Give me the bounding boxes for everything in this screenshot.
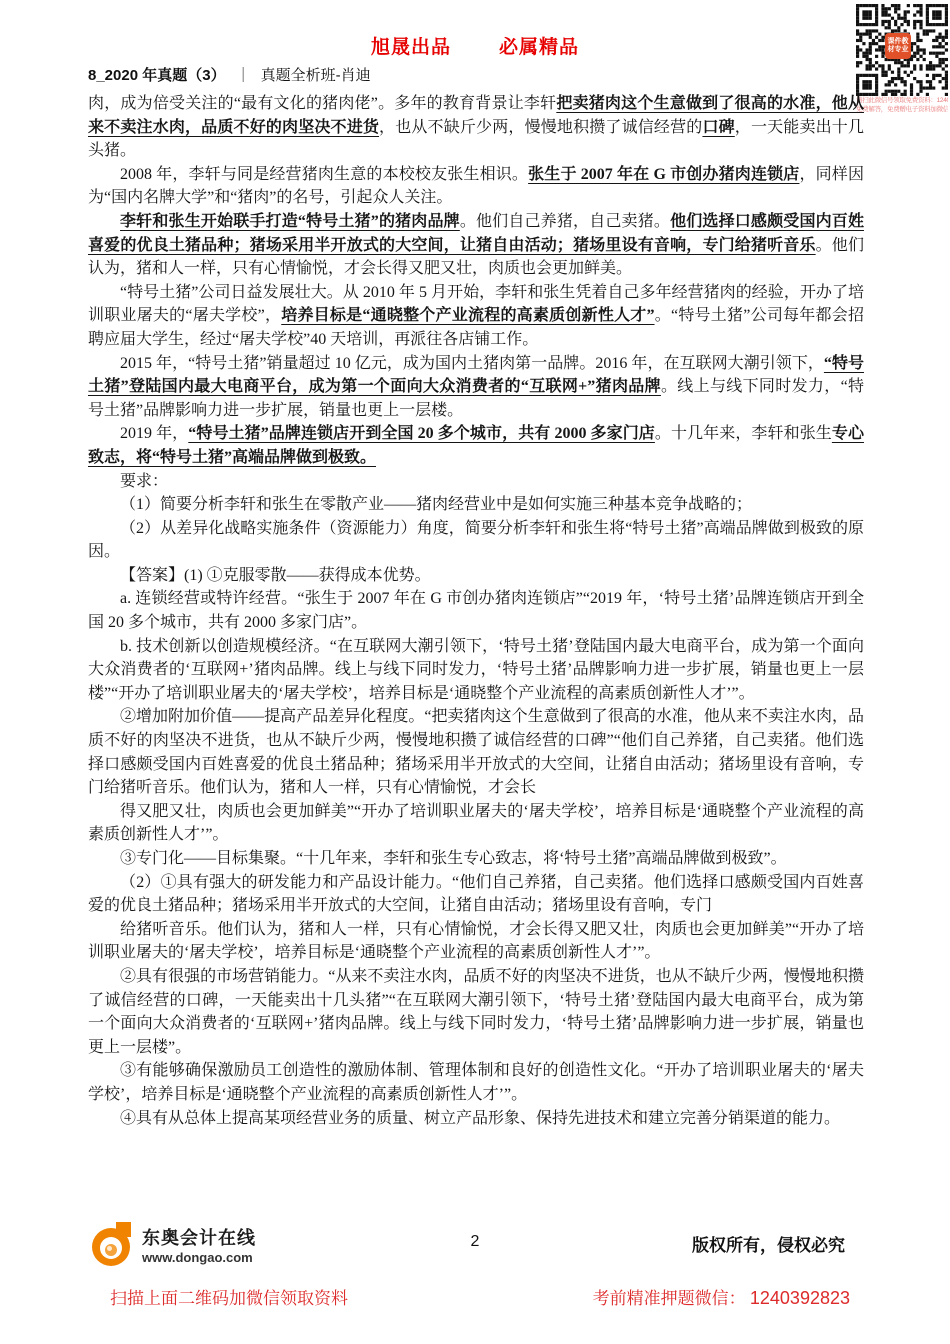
body-paragraph: ③有能够确保激励员工创造性的激励体制、管理体制和良好的创造性文化。“开办了培训职… (88, 1059, 864, 1106)
qr-caption-line1: 请扫此微信号领取免费资料：1240392823 (856, 96, 948, 105)
banner-left-text: 旭晟出品 (371, 32, 451, 59)
text-run: ③有能够确保激励员工创造性的激励体制、管理体制和良好的创造性文化。“开办了培训职… (88, 1062, 864, 1103)
body-paragraph: 2019 年，“特号土猪”品牌连锁店开到全国 20 多个城市，共有 2000 多… (88, 422, 864, 469)
text-run: 得又肥又壮，肉质也会更加鲜美”“开办了培训职业屠夫的‘屠夫学校’，培养目标是‘通… (88, 803, 864, 844)
text-run: “特号土猪”品牌连锁店开到全国 20 多个城市，共有 2000 多家门店 (188, 425, 655, 442)
body-paragraph: 2008 年，李轩与同是经营猪肉生意的本校校友张生相识。张生于 2007 年在 … (88, 163, 864, 210)
top-banner: 旭晟出品 必属精品 (0, 32, 950, 59)
text-run: 培养目标是“通晓整个产业流程的高素质创新性人才” (281, 307, 654, 324)
copyright-text: 版权所有，侵权必究 (692, 1231, 845, 1256)
text-run: ②增加附加价值——提高产品差异化程度。“把卖猪肉这个生意做到了很高的水准，他从来… (88, 708, 864, 796)
text-run: ，也从不缺斤少两，慢慢地积攒了诚信经营的 (379, 119, 702, 136)
page-header: 8_2020 年真题（3） ｜ 真题全析班-肖迪 (88, 64, 371, 85)
body-paragraph: 得又肥又壮，肉质也会更加鲜美”“开办了培训职业屠夫的‘屠夫学校’，培养目标是‘通… (88, 800, 864, 847)
text-run: ②具有很强的市场营销能力。“从来不卖注水肉，品质不好的肉坚决不进货，也从不缺斤少… (88, 968, 864, 1056)
header-divider: ｜ (236, 64, 251, 85)
text-run: 2008 年，李轩与同是经营猪肉生意的本校校友张生相识。 (120, 166, 528, 183)
text-run: 2019 年， (120, 425, 188, 442)
text-run: （1）简要分析李轩和张生在零散产业——猪肉经营业中是如何实施三种基本竞争战略的； (120, 496, 752, 513)
text-run: 要求： (120, 473, 168, 490)
text-run: （2）从差异化战略实施条件（资源能力）角度，简要分析李轩和张生将“特号土猪”高端… (88, 520, 864, 561)
body-paragraph: ③专门化——目标集聚。“十几年来，李轩和张生专心致志，将‘特号土猪”高端品牌做到… (88, 847, 864, 871)
text-run: （2）①具有强大的研发能力和产品设计能力。“他们自己养猪，自己卖猪。他们选择口感… (88, 874, 864, 915)
body-paragraph: 【答案】(1) ①克服零散——获得成本优势。 (88, 564, 864, 588)
text-run: 给猪听音乐。他们认为，猪和人一样，只有心情愉悦，才会长得又肥又壮，肉质也会更加鲜… (88, 921, 864, 962)
banner-right-text: 必属精品 (499, 32, 579, 59)
body-paragraph: 2015 年，“特号土猪”销量超过 10 亿元，成为国内土猪肉第一品牌。2016… (88, 352, 864, 423)
text-run: b. 技术创新以创造规模经济。“在互联网大潮引领下，‘特号土猪’登陆国内最大电商… (88, 638, 864, 702)
doc-title: 8_2020 年真题（3） (88, 64, 226, 85)
text-run: 肉，成为倍受关注的“最有文化的猪肉佬”。多年的教育背景让李轩 (88, 95, 556, 112)
text-run: 。十几年来，李轩和张生 (655, 425, 832, 442)
body-paragraph: 要求： (88, 470, 864, 494)
qr-center-badge: 课件教材专业 (885, 33, 911, 59)
qr-block: 课件教材专业 请扫此微信号领取免费资料：1240392823 免费解答，免费赠电… (856, 4, 948, 114)
course-name: 真题全析班-肖迪 (261, 64, 371, 85)
body-paragraph: （2）①具有强大的研发能力和产品设计能力。“他们自己养猪，自己卖猪。他们选择口感… (88, 871, 864, 918)
body-paragraph: （1）简要分析李轩和张生在零散产业——猪肉经营业中是如何实施三种基本竞争战略的； (88, 493, 864, 517)
footer-logo-url: www.dongao.com (142, 1250, 256, 1265)
text-run: 。他们自己养猪，自己卖猪。 (460, 213, 670, 230)
body-paragraph: （2）从差异化战略实施条件（资源能力）角度，简要分析李轩和张生将“特号土猪”高端… (88, 517, 864, 564)
bottom-scan-hint: 扫描上面二维码加微信领取资料 (110, 1284, 348, 1309)
text-run: 【答案】(1) ①克服零散——获得成本优势。 (120, 567, 431, 584)
body-paragraph: “特号土猪”公司日益发展壮大。从 2010 年 5 月开始，李轩和张生凭着自己多… (88, 281, 864, 352)
qr-caption-line2: 免费解答，免费赠电子资料加微信：1240392823 (856, 105, 948, 114)
body-paragraph: ②增加附加价值——提高产品差异化程度。“把卖猪肉这个生意做到了很高的水准，他从来… (88, 705, 864, 799)
body-paragraph: 李轩和张生开始联手打造“特号土猪”的猪肉品牌。他们自己养猪，自己卖猪。他们选择口… (88, 210, 864, 281)
text-run: ④具有从总体上提高某项经营业务的质量、树立产品形象、保持先进技术和建立完善分销渠… (120, 1110, 840, 1127)
text-run: ③专门化——目标集聚。“十几年来，李轩和张生专心致志，将‘特号土猪”高端品牌做到… (120, 850, 787, 867)
text-run: a. 连锁经营或特许经营。“张生于 2007 年在 G 市创办猪肉连锁店”“20… (88, 590, 864, 631)
body-paragraph: 给猪听音乐。他们认为，猪和人一样，只有心情愉悦，才会长得又肥又壮，肉质也会更加鲜… (88, 918, 864, 965)
body-paragraph: 肉，成为倍受关注的“最有文化的猪肉佬”。多年的教育背景让李轩把卖猪肉这个生意做到… (88, 92, 864, 163)
document-page: 旭晟出品 必属精品 8_2020 年真题（3） ｜ 真题全析班-肖迪 课件教材专… (0, 0, 950, 1344)
body-content: 肉，成为倍受关注的“最有文化的猪肉佬”。多年的教育背景让李轩把卖猪肉这个生意做到… (88, 92, 864, 1130)
text-run: 李轩和张生开始联手打造“特号土猪”的猪肉品牌 (120, 213, 460, 230)
bottom-wechat-label: 考前精准押题微信： (593, 1289, 746, 1308)
body-paragraph: ④具有从总体上提高某项经营业务的质量、树立产品形象、保持先进技术和建立完善分销渠… (88, 1107, 864, 1131)
text-run: 2015 年，“特号土猪”销量超过 10 亿元，成为国内土猪肉第一品牌。2016… (120, 355, 824, 372)
bottom-wechat-info: 考前精准押题微信： 1240392823 (593, 1284, 850, 1309)
text-run: 口碑 (702, 119, 734, 136)
bottom-wechat-number: 1240392823 (750, 1288, 850, 1308)
body-paragraph: ②具有很强的市场营销能力。“从来不卖注水肉，品质不好的肉坚决不进货，也从不缺斤少… (88, 965, 864, 1059)
body-paragraph: a. 连锁经营或特许经营。“张生于 2007 年在 G 市创办猪肉连锁店”“20… (88, 587, 864, 634)
text-run: 张生于 2007 年在 G 市创办猪肉连锁店 (528, 166, 799, 183)
body-paragraph: b. 技术创新以创造规模经济。“在互联网大潮引领下，‘特号土猪’登陆国内最大电商… (88, 635, 864, 706)
